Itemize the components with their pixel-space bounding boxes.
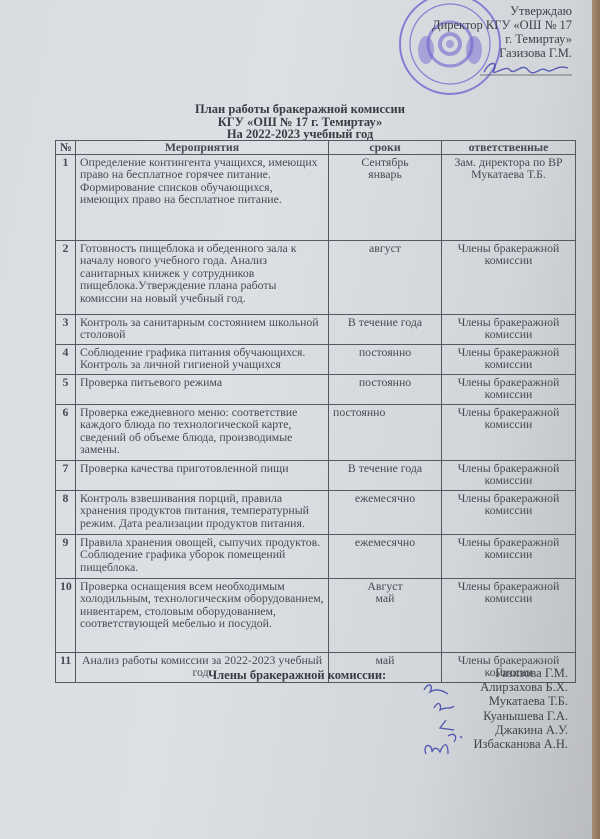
- row-responsible: Члены бракеражной комиссии: [442, 344, 576, 374]
- row-date: Сентябрь январь: [329, 154, 442, 240]
- row-number: 8: [56, 490, 76, 534]
- row-number: 5: [56, 374, 76, 404]
- approval-line: г. Темиртау»: [432, 32, 572, 46]
- approval-line: Утверждаю: [432, 4, 572, 18]
- row-event: Определение контингента учащихся, имеющи…: [76, 154, 329, 240]
- table-row: 7Проверка качества приготовленной пищиВ …: [56, 460, 576, 490]
- row-event: Контроль за санитарным состоянием школьн…: [76, 314, 329, 344]
- row-responsible: Члены бракеражной комиссии: [442, 490, 576, 534]
- table-body: 1Определение контингента учащихся, имеющ…: [56, 154, 576, 682]
- table-row: 1Определение контингента учащихся, имеющ…: [56, 154, 576, 240]
- row-event: Контроль взвешивания порций, правила хра…: [76, 490, 329, 534]
- member-name: Газизова Г.М.: [473, 666, 568, 680]
- table-row: 6Проверка ежедневного меню: соответствие…: [56, 404, 576, 460]
- approval-line: Директор КГУ «ОШ № 17: [432, 18, 572, 32]
- row-date: постоянно: [329, 374, 442, 404]
- row-date: ежемесячно: [329, 490, 442, 534]
- row-event: Проверка ежедневного меню: соответствие …: [76, 404, 329, 460]
- row-number: 9: [56, 534, 76, 578]
- row-responsible: Члены бракеражной комиссии: [442, 404, 576, 460]
- row-number: 11: [56, 652, 76, 682]
- row-event: Правила хранения овощей, сыпучих продукт…: [76, 534, 329, 578]
- table-header-row: № Мероприятия сроки ответственные: [56, 141, 576, 155]
- row-date: В течение года: [329, 314, 442, 344]
- row-date: ежемесячно: [329, 534, 442, 578]
- member-name: Мукатаева Т.Б.: [473, 694, 568, 708]
- table-row: 2Готовность пищеблока и обеденного зала …: [56, 240, 576, 314]
- row-date: В течение года: [329, 460, 442, 490]
- row-number: 6: [56, 404, 76, 460]
- table-row: 10Проверка оснащения всем необходимым хо…: [56, 578, 576, 652]
- row-date: Август май: [329, 578, 442, 652]
- row-responsible: Члены бракеражной комиссии: [442, 578, 576, 652]
- header-date: сроки: [329, 141, 442, 155]
- row-event: Проверка качества приготовленной пищи: [76, 460, 329, 490]
- row-responsible: Члены бракеражной комиссии: [442, 374, 576, 404]
- row-event: Проверка оснащения всем необходимым холо…: [76, 578, 329, 652]
- row-number: 4: [56, 344, 76, 374]
- member-name: Куанышева Г.А.: [473, 709, 568, 723]
- table-row: 9Правила хранения овощей, сыпучих продук…: [56, 534, 576, 578]
- row-number: 3: [56, 314, 76, 344]
- title-line-1: План работы бракеражной комиссии: [0, 103, 600, 116]
- row-number: 10: [56, 578, 76, 652]
- members-label: Члены бракеражной комиссии:: [208, 668, 386, 683]
- table-row: 5Проверка питьевого режимапостоянноЧлены…: [56, 374, 576, 404]
- member-name: Джакина А.У.: [473, 723, 568, 737]
- row-number: 7: [56, 460, 76, 490]
- table-row: 8Контроль взвешивания порций, правила хр…: [56, 490, 576, 534]
- row-responsible: Члены бракеражной комиссии: [442, 314, 576, 344]
- row-number: 2: [56, 240, 76, 314]
- members-list: Газизова Г.М. Алирзахова Б.Х. Мукатаева …: [473, 666, 568, 751]
- row-date: август: [329, 240, 442, 314]
- table-row: 4Соблюдение графика питания обучающихся.…: [56, 344, 576, 374]
- approval-block: Утверждаю Директор КГУ «ОШ № 17 г. Темир…: [432, 4, 572, 60]
- row-responsible: Члены бракеражной комиссии: [442, 240, 576, 314]
- work-plan-table: № Мероприятия сроки ответственные 1Опред…: [55, 140, 576, 683]
- header-number: №: [56, 141, 76, 155]
- row-responsible: Члены бракеражной комиссии: [442, 534, 576, 578]
- title-line-3: На 2022-2023 учебный год: [0, 128, 600, 141]
- header-responsible: ответственные: [442, 141, 576, 155]
- row-event: Готовность пищеблока и обеденного зала к…: [76, 240, 329, 314]
- director-signature-icon: [480, 58, 572, 78]
- row-responsible: Члены бракеражной комиссии: [442, 460, 576, 490]
- document-title: План работы бракеражной комиссии КГУ «ОШ…: [0, 103, 600, 141]
- row-number: 1: [56, 154, 76, 240]
- table-row: 3Контроль за санитарным состоянием школь…: [56, 314, 576, 344]
- member-name: Алирзахова Б.Х.: [473, 680, 568, 694]
- row-date: постоянно: [329, 344, 442, 374]
- member-name: Избасканова А.Н.: [473, 737, 568, 751]
- row-responsible: Зам. директора по ВР Мукатаева Т.Б.: [442, 154, 576, 240]
- header-event: Мероприятия: [76, 141, 329, 155]
- row-date: постоянно: [329, 404, 442, 460]
- row-event: Проверка питьевого режима: [76, 374, 329, 404]
- row-event: Соблюдение графика питания обучающихся. …: [76, 344, 329, 374]
